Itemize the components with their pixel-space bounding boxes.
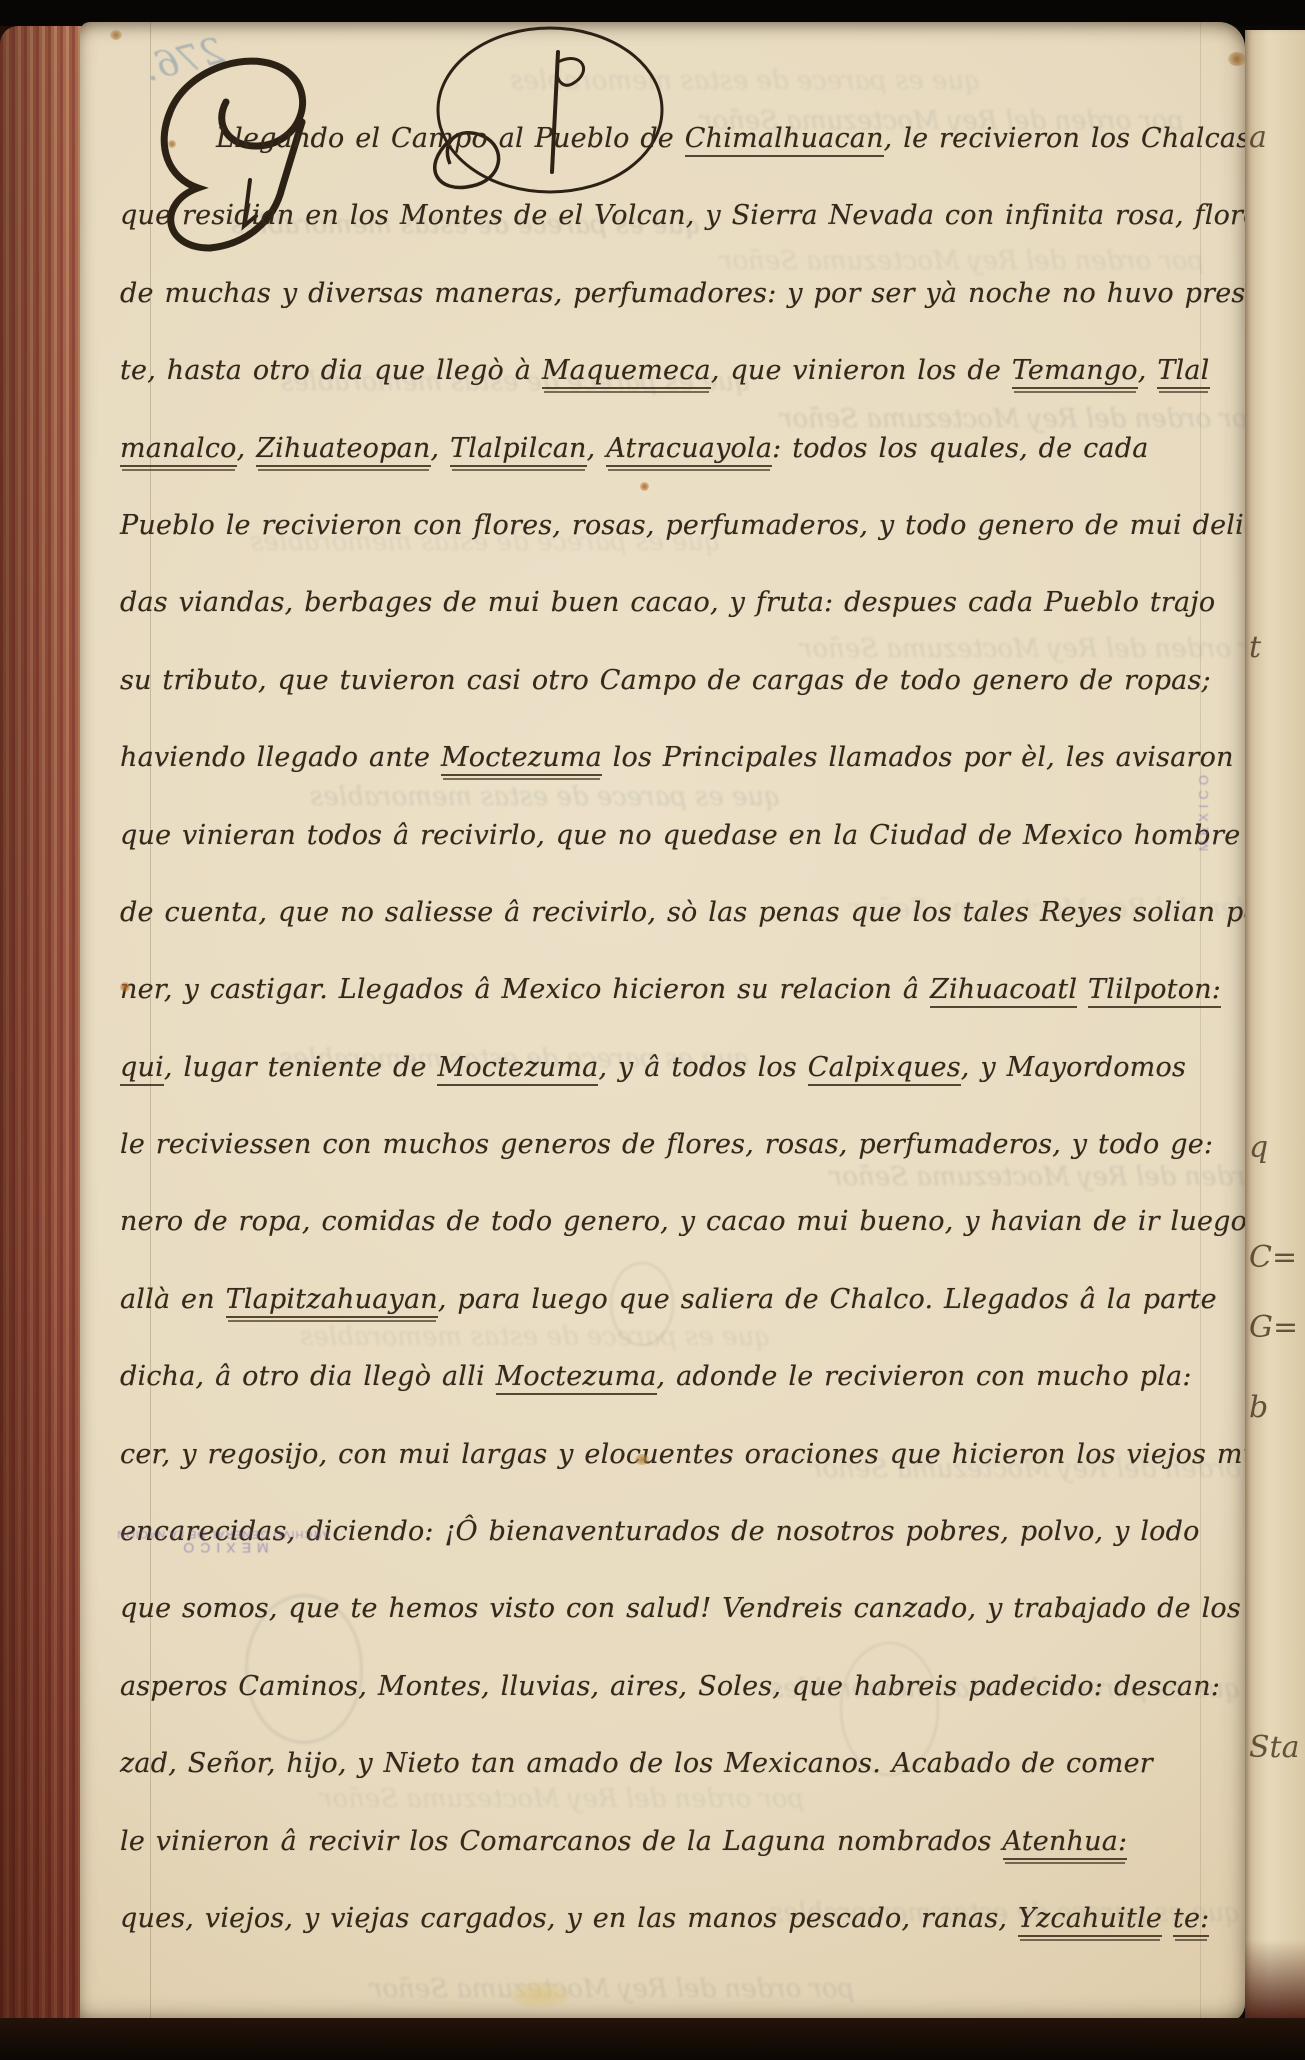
manuscript-line: qui, lugar teniente de Moctezuma, y â to… [120, 1029, 1210, 1106]
underlined-name: Zihuacoatl [930, 974, 1077, 1008]
text-segment: , [1138, 355, 1158, 386]
text-segment: , y Mayordomos [961, 1052, 1186, 1083]
manuscript-line: cer, y regosijo, con mui largas y elocue… [120, 1416, 1210, 1493]
text-segment: cer, y regosijo, con mui largas y elocue… [120, 1439, 1269, 1470]
showthrough-text: por orden del Rey Moctezuma Señor [370, 1974, 854, 2004]
underlined-name: Tlilpoton: [1088, 974, 1221, 1008]
manuscript-line: ques, viejos, y viejas cargados, y en la… [120, 1880, 1210, 1957]
foxing-spot [1228, 52, 1246, 66]
text-segment: , [431, 433, 451, 464]
text-segment: allà en [120, 1284, 226, 1315]
adjacent-page-text-fragment: t [1249, 630, 1261, 665]
text-segment: : todos los quales, de cada [772, 433, 1148, 464]
underlined-name: Calpixques [808, 1052, 961, 1086]
margin-crease [1200, 22, 1201, 2022]
manuscript-page: 276. que es parece de estas memorablespo… [80, 22, 1245, 2022]
text-segment: que vinieran todos â recivirlo, que no q… [120, 820, 1240, 851]
library-stamp-city: MEXICO [98, 1540, 348, 1556]
text-segment: nero de ropa, comidas de todo genero, y … [120, 1206, 1247, 1237]
text-segment: haviendo llegado ante [120, 742, 441, 773]
adjacent-page-text-fragment: G= [1249, 1310, 1298, 1345]
text-segment: que residian en los Montes de el Volcan,… [120, 200, 1273, 231]
text-segment [1162, 1903, 1173, 1934]
underlined-name: Maquemeca [542, 355, 711, 389]
manuscript-line: das viandas, berbages de mui buen cacao,… [120, 564, 1210, 641]
manuscript-line: te, hasta otro dia que llegò à Maquemeca… [120, 332, 1210, 409]
text-segment: le vinieron â recivir los Comarcanos de … [120, 1826, 1003, 1857]
text-segment: asperos Caminos, Montes, lluvias, aires,… [120, 1671, 1220, 1702]
adjacent-page-edge: atqC=G=bSta [1245, 30, 1305, 2020]
text-segment: Pueblo le recivieron con flores, rosas, … [120, 510, 1285, 541]
text-segment: de cuenta, que no saliesse â recivirlo, … [120, 897, 1269, 928]
text-segment: zad, Señor, hijo, y Nieto tan amado de l… [120, 1748, 1153, 1779]
text-segment: dicha, â otro dia llegò alli [120, 1361, 496, 1392]
adjacent-page-text-fragment: q [1249, 1130, 1268, 1165]
adjacent-page-text-fragment: b [1249, 1390, 1268, 1425]
underlined-name: Tlalpilcan [450, 433, 587, 467]
adjacent-page-text-fragment: a [1249, 120, 1267, 155]
text-block: Llegando el Campo al Pueblo de Chimalhua… [120, 100, 1210, 1957]
foxing-spot [168, 140, 176, 148]
foxing-spot [635, 1454, 649, 1465]
foxing-spot [640, 482, 649, 491]
adjacent-page-text-fragment: Sta [1249, 1730, 1300, 1765]
foxing-spot [120, 982, 130, 992]
manuscript-line: nero de ropa, comidas de todo genero, y … [120, 1183, 1210, 1260]
underlined-name: Moctezuma [441, 742, 602, 776]
text-segment: su tributo, que tuvieron casi otro Campo… [120, 665, 1211, 696]
text-segment: , que vinieron los de [711, 355, 1012, 386]
book-photo: 276. que es parece de estas memorablespo… [0, 0, 1305, 2060]
book-binding [0, 2018, 1305, 2060]
manuscript-line: asperos Caminos, Montes, lluvias, aires,… [120, 1648, 1210, 1725]
underlined-name: Moctezuma [496, 1361, 657, 1395]
text-segment [1077, 974, 1088, 1005]
underlined-name: Tlal [1157, 355, 1209, 389]
underlined-name: Zihuateopan [256, 433, 430, 467]
manuscript-line: que residian en los Montes de el Volcan,… [120, 177, 1210, 254]
manuscript-line: zad, Señor, hijo, y Nieto tan amado de l… [120, 1725, 1210, 1802]
library-stamp: MEXICO ARCHIVO GENERAL DE LA NACION [98, 1528, 348, 1559]
adjacent-page-text-fragment: C= [1249, 1240, 1297, 1275]
underlined-name: Temango [1012, 355, 1138, 389]
text-segment: das viandas, berbages de mui buen cacao,… [120, 587, 1215, 618]
underlined-name: te: [1173, 1903, 1210, 1937]
underlined-name: Atenhua: [1003, 1826, 1128, 1860]
manuscript-line: manalco, Zihuateopan, Tlalpilcan, Atracu… [120, 410, 1210, 487]
underlined-name: manalco [120, 433, 237, 467]
page-edges-left [0, 26, 92, 2022]
manuscript-line: de muchas y diversas maneras, perfumador… [120, 255, 1210, 332]
manuscript-line: su tributo, que tuvieron casi otro Campo… [120, 642, 1210, 719]
manuscript-line: allà en Tlapitzahuayan, para luego que s… [120, 1261, 1210, 1338]
text-segment: , adonde le recivieron con mucho pla: [657, 1361, 1192, 1392]
text-segment: , para luego que saliera de Chalco. Lleg… [438, 1284, 1217, 1315]
text-segment: , y â todos los [598, 1052, 807, 1083]
text-segment: de muchas y diversas maneras, perfumador… [120, 278, 1289, 309]
underlined-name: Tlapitzahuayan [226, 1284, 438, 1318]
margin-crease [150, 22, 151, 2022]
text-segment: , le recivieron los Chalcas [884, 123, 1251, 154]
text-segment: ner, y castigar. Llegados â Mexico hicie… [120, 974, 930, 1005]
stain-bottom [510, 1982, 570, 2008]
manuscript-line: le reciviessen con muchos generos de flo… [120, 1106, 1210, 1183]
manuscript-line: Pueblo le recivieron con flores, rosas, … [120, 487, 1210, 564]
manuscript-line: que vinieran todos â recivirlo, que no q… [120, 797, 1210, 874]
manuscript-line: ner, y castigar. Llegados â Mexico hicie… [120, 951, 1210, 1028]
foxing-spot [110, 30, 122, 40]
text-segment: , [587, 433, 607, 464]
text-segment: te, hasta otro dia que llegò à [120, 355, 542, 386]
manuscript-line: le vinieron â recivir los Comarcanos de … [120, 1803, 1210, 1880]
text-segment: , lugar teniente de [164, 1052, 438, 1083]
text-segment: que somos, que te hemos visto con salud!… [120, 1593, 1241, 1624]
adjacent-page-stamp: MEXICO [1196, 770, 1211, 851]
manuscript-line: Llegando el Campo al Pueblo de Chimalhua… [120, 100, 1210, 177]
underlined-name: Atracuayola [606, 433, 772, 467]
text-segment: ques, viejos, y viejas cargados, y en la… [120, 1903, 1018, 1934]
text-segment: Llegando el Campo al Pueblo de [216, 123, 685, 154]
text-segment: le reciviessen con muchos generos de flo… [120, 1129, 1213, 1160]
text-segment: , [237, 433, 257, 464]
underlined-name: Moctezuma [437, 1052, 598, 1086]
library-stamp-title: ARCHIVO GENERAL DE LA NACION [98, 1528, 348, 1540]
underlined-name: Yzcahuitle [1018, 1903, 1162, 1937]
manuscript-line: que somos, que te hemos visto con salud!… [120, 1570, 1210, 1647]
text-segment: los Principales llamados por èl, les avi… [602, 742, 1234, 773]
underlined-name: qui [120, 1052, 164, 1086]
manuscript-line: haviendo llegado ante Moctezuma los Prin… [120, 719, 1210, 796]
underlined-name: Chimalhuacan [685, 123, 884, 157]
manuscript-line: dicha, â otro dia llegò alli Moctezuma, … [120, 1338, 1210, 1415]
manuscript-line: de cuenta, que no saliesse â recivirlo, … [120, 874, 1210, 951]
